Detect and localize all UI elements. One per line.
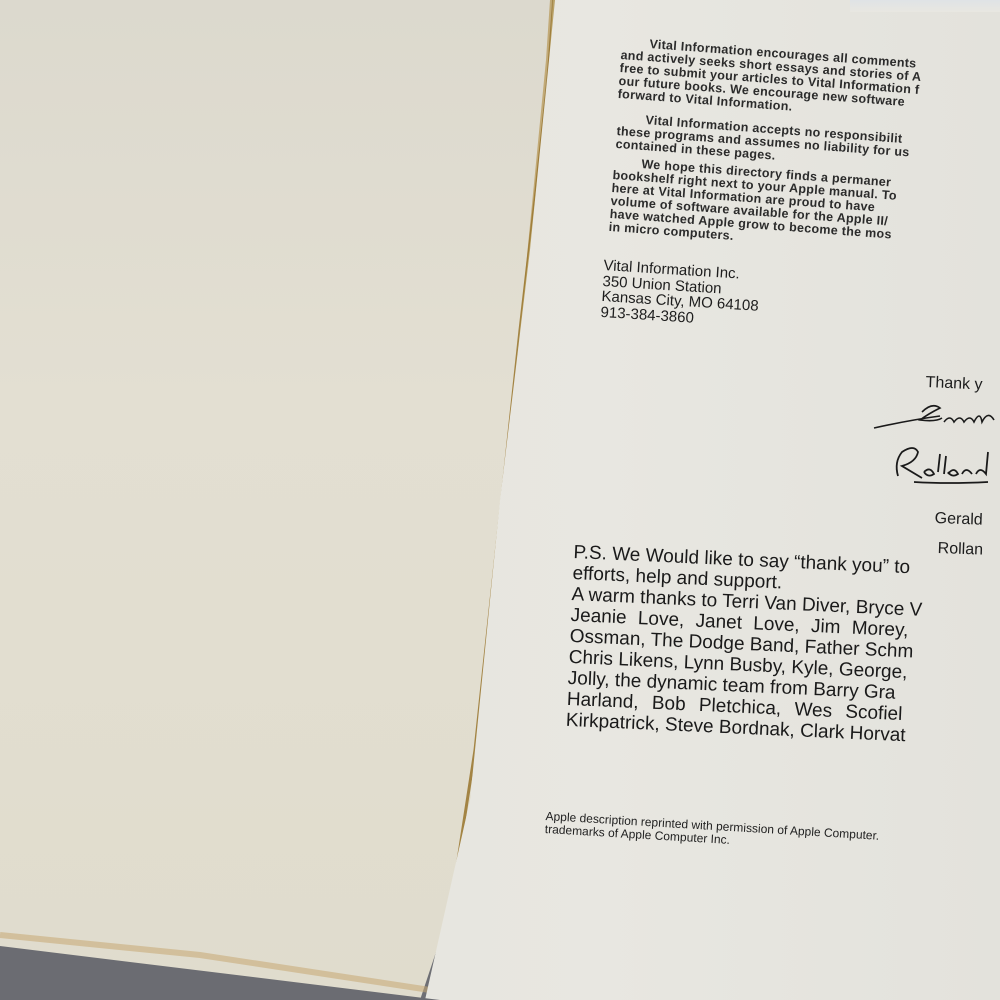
signature-gerald <box>870 400 1000 440</box>
printed-name-gerald: Gerald <box>934 510 983 530</box>
intro-paragraph-3: We hope this directory finds a permaner … <box>608 156 898 255</box>
printed-name-rolland: Rollan <box>937 540 983 560</box>
closing-text: Thank y <box>925 374 983 394</box>
signature-rolland <box>888 442 1000 492</box>
intro-paragraph-1: Vital Information encourages all comment… <box>617 36 923 123</box>
footnote: Apple description reprinted with permiss… <box>544 810 879 856</box>
company-address: Vital Information Inc. 350 Union Station… <box>600 258 761 330</box>
postscript: P.S. We Would like to say “thank you” to… <box>565 542 924 747</box>
right-page-text: Vital Information encourages all comment… <box>0 0 1000 1000</box>
